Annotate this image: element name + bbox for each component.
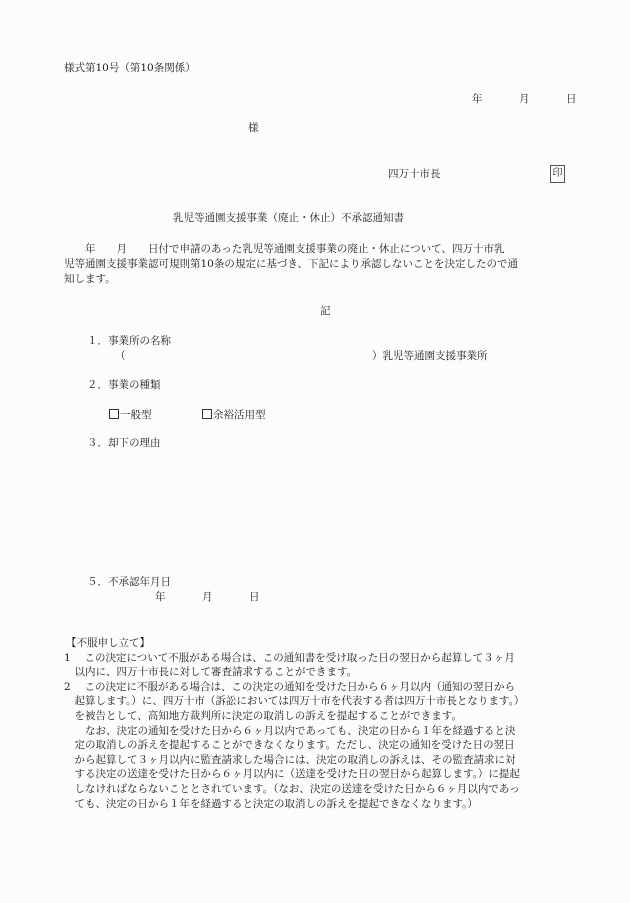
- item-1-label: １．事業所の名称: [87, 336, 171, 347]
- form-number: 様式第10号（第10条関係）: [64, 63, 196, 74]
- date-month-label: 月: [519, 94, 530, 105]
- seal-stamp-box: 印: [550, 165, 565, 183]
- item-2-label: ２．事業の種類: [87, 380, 161, 391]
- appeal-line: ても、決定の日から１年を経過すると決定の取消しの訴えを提起できなくなります。）: [64, 797, 584, 812]
- appeal-section: 【不服申し立て】 1 この決定について不服がある場合は、この通知書を受け取った日…: [64, 636, 584, 811]
- body-line: 児等通園支援事業認可規則第10条の規定に基づき、下記により承認しないことを決定し…: [64, 257, 579, 272]
- item-3-label: ３．却下の理由: [87, 438, 161, 449]
- item-5-label: ５．不承認年月日: [87, 577, 171, 588]
- body-line: 知します。: [64, 272, 579, 287]
- appeal-line: しなければならないこととされています。（なお、決定の送達を受けた日から６ヶ月以内…: [64, 782, 584, 797]
- ki-heading: 記: [320, 306, 331, 317]
- appeal-line: なお、決定の通知を受けた日から６ヶ月以内であっても、決定の日から１年を経過すると…: [64, 724, 584, 739]
- appeal-line: する決定の送達を受けた日から６ヶ月以内に（送達を受けた日の翌日から起算します。）…: [64, 767, 584, 782]
- date-year-label: 年: [472, 94, 483, 105]
- appeal-line: 起算します。）に、四万十市（訴訟においては四万十市を代表する者は四万十市長となり…: [64, 694, 584, 709]
- appeal-line: 1 この決定について不服がある場合は、この通知書を受け取った日の翌日から起算して…: [64, 651, 584, 666]
- item-5-day: 日: [249, 592, 260, 603]
- body-line: 年 月 日付で申請のあった乳児等通園支援事業の廃止・休止について、四万十市乳: [64, 242, 579, 257]
- item-5-month: 月: [202, 592, 213, 603]
- appeal-line: 以内に、四万十市長に対して審査請求することができます。: [64, 665, 584, 680]
- appeal-line: 2 この決定に不服がある場合は、この決定の通知を受けた日から６ヶ月以内（通知の翌…: [64, 680, 584, 695]
- option-surplus-type[interactable]: 余裕活用型: [202, 409, 266, 421]
- issuer-name: 四万十市長: [388, 169, 441, 180]
- appeal-line: を被告として、高知地方裁判所に決定の取消しの訴えを提起することができます。: [64, 709, 584, 724]
- appeal-heading: 【不服申し立て】: [66, 636, 584, 651]
- recipient-suffix: 様: [248, 123, 259, 134]
- checkbox-icon[interactable]: [202, 409, 212, 419]
- item-1-open-paren: （: [115, 351, 126, 362]
- document-title: 乳児等通園支援事業（廃止・休止）不承認通知書: [173, 213, 404, 224]
- date-day-label: 日: [566, 94, 577, 105]
- appeal-line: 定の取消しの訴えを提起することができなくなります。ただし、決定の通知を受けた日の…: [64, 738, 584, 753]
- option-general-type[interactable]: 一般型: [109, 409, 152, 421]
- item-1-facility-suffix: ）乳児等通園支援事業所: [372, 351, 488, 362]
- appeal-line: から起算して３ヶ月以内に監査請求した場合には、決定の取消しの訴えは、その監査請求…: [64, 753, 584, 768]
- item-5-year: 年: [155, 592, 166, 603]
- checkbox-icon[interactable]: [109, 409, 119, 419]
- body-paragraph: 年 月 日付で申請のあった乳児等通園支援事業の廃止・休止について、四万十市乳 児…: [79, 242, 579, 287]
